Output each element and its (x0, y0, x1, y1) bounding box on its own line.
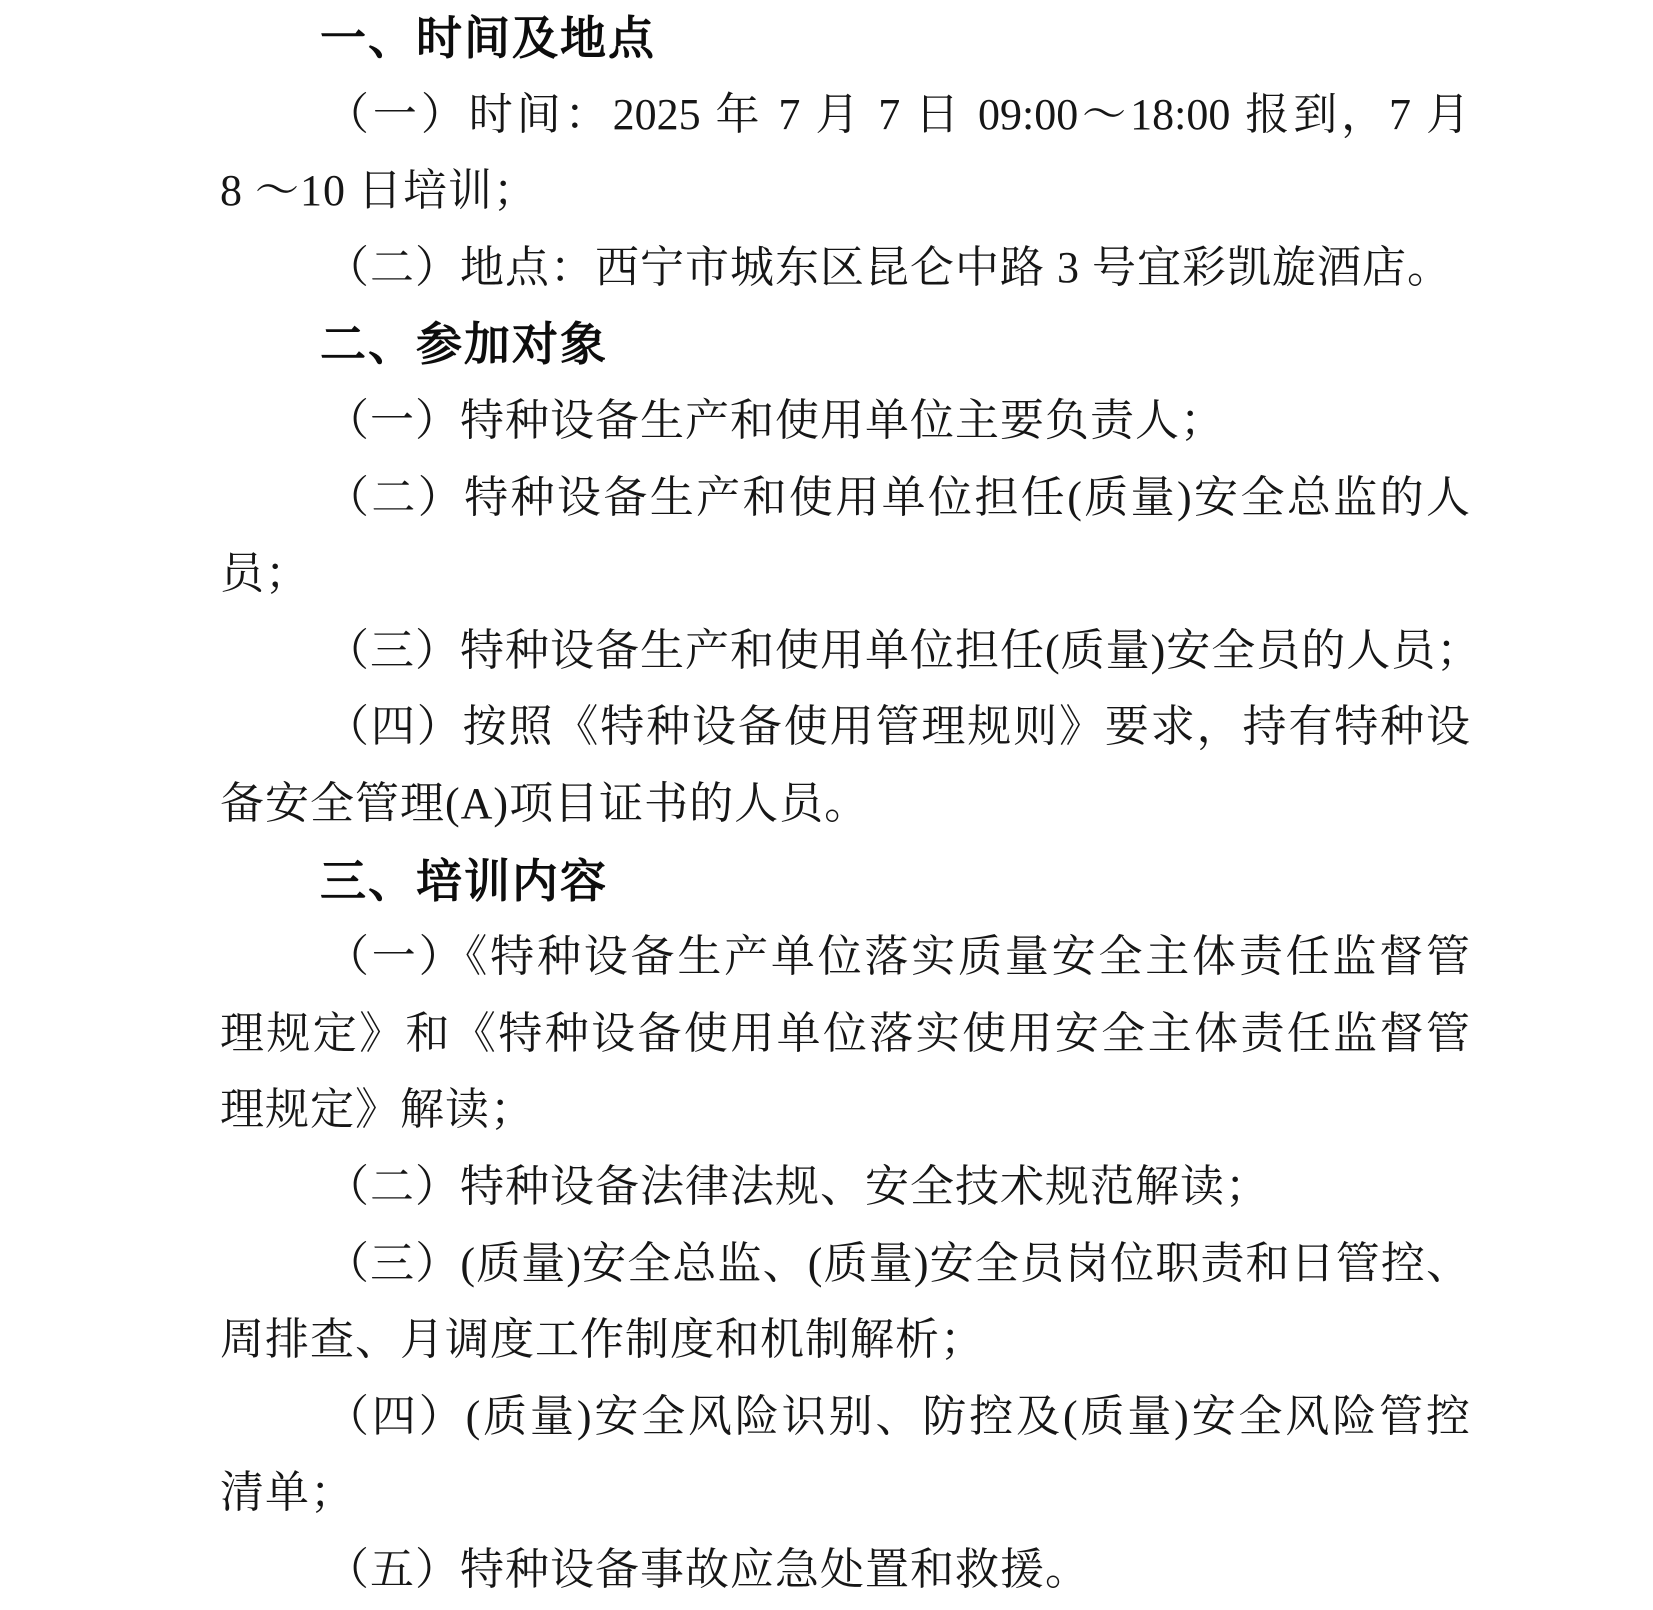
paragraph-line: 清单； (220, 1455, 1470, 1532)
paragraph-line: （一）特种设备生产和使用单位主要负责人； (220, 383, 1470, 460)
paragraph-line: （四）(质量)安全风险识别、防控及(质量)安全风险管控 (220, 1379, 1470, 1456)
paragraph-line: 备安全管理(A)项目证书的人员。 (220, 766, 1470, 843)
paragraph-line: （一）《特种设备生产单位落实质量安全主体责任监督管 (220, 919, 1470, 996)
paragraph-line: 理规定》解读； (220, 1072, 1470, 1149)
paragraph-line: （二）地点：西宁市城东区昆仑中路 3 号宜彩凯旋酒店。 (220, 230, 1470, 307)
document-body: 一、时间及地点 （一）时间：2025 年 7 月 7 日 09:00～18:00… (220, 0, 1470, 1608)
paragraph-line: 8 ～10 日培训； (220, 153, 1470, 230)
paragraph-line: （五）特种设备事故应急处置和救援。 (220, 1532, 1470, 1609)
paragraph-line: 理规定》和《特种设备使用单位落实使用安全主体责任监督管 (220, 996, 1470, 1073)
paragraph-line: （三）(质量)安全总监、(质量)安全员岗位职责和日管控、 (220, 1226, 1470, 1303)
paragraph-line: （二）特种设备生产和使用单位担任(质量)安全总监的人 (220, 460, 1470, 537)
section-1-heading: 一、时间及地点 (220, 0, 1470, 77)
paragraph-line: 员； (220, 536, 1470, 613)
document-page: 一、时间及地点 （一）时间：2025 年 7 月 7 日 09:00～18:00… (0, 0, 1653, 1610)
paragraph-line: （三）特种设备生产和使用单位担任(质量)安全员的人员； (220, 613, 1470, 690)
section-3-heading: 三、培训内容 (220, 843, 1470, 920)
paragraph-line: （一）时间：2025 年 7 月 7 日 09:00～18:00 报到，7 月 (220, 77, 1470, 154)
section-2-heading: 二、参加对象 (220, 306, 1470, 383)
paragraph-line: 周排查、月调度工作制度和机制解析； (220, 1302, 1470, 1379)
paragraph-line: （四）按照《特种设备使用管理规则》要求，持有特种设 (220, 689, 1470, 766)
paragraph-line: （二）特种设备法律法规、安全技术规范解读； (220, 1149, 1470, 1226)
